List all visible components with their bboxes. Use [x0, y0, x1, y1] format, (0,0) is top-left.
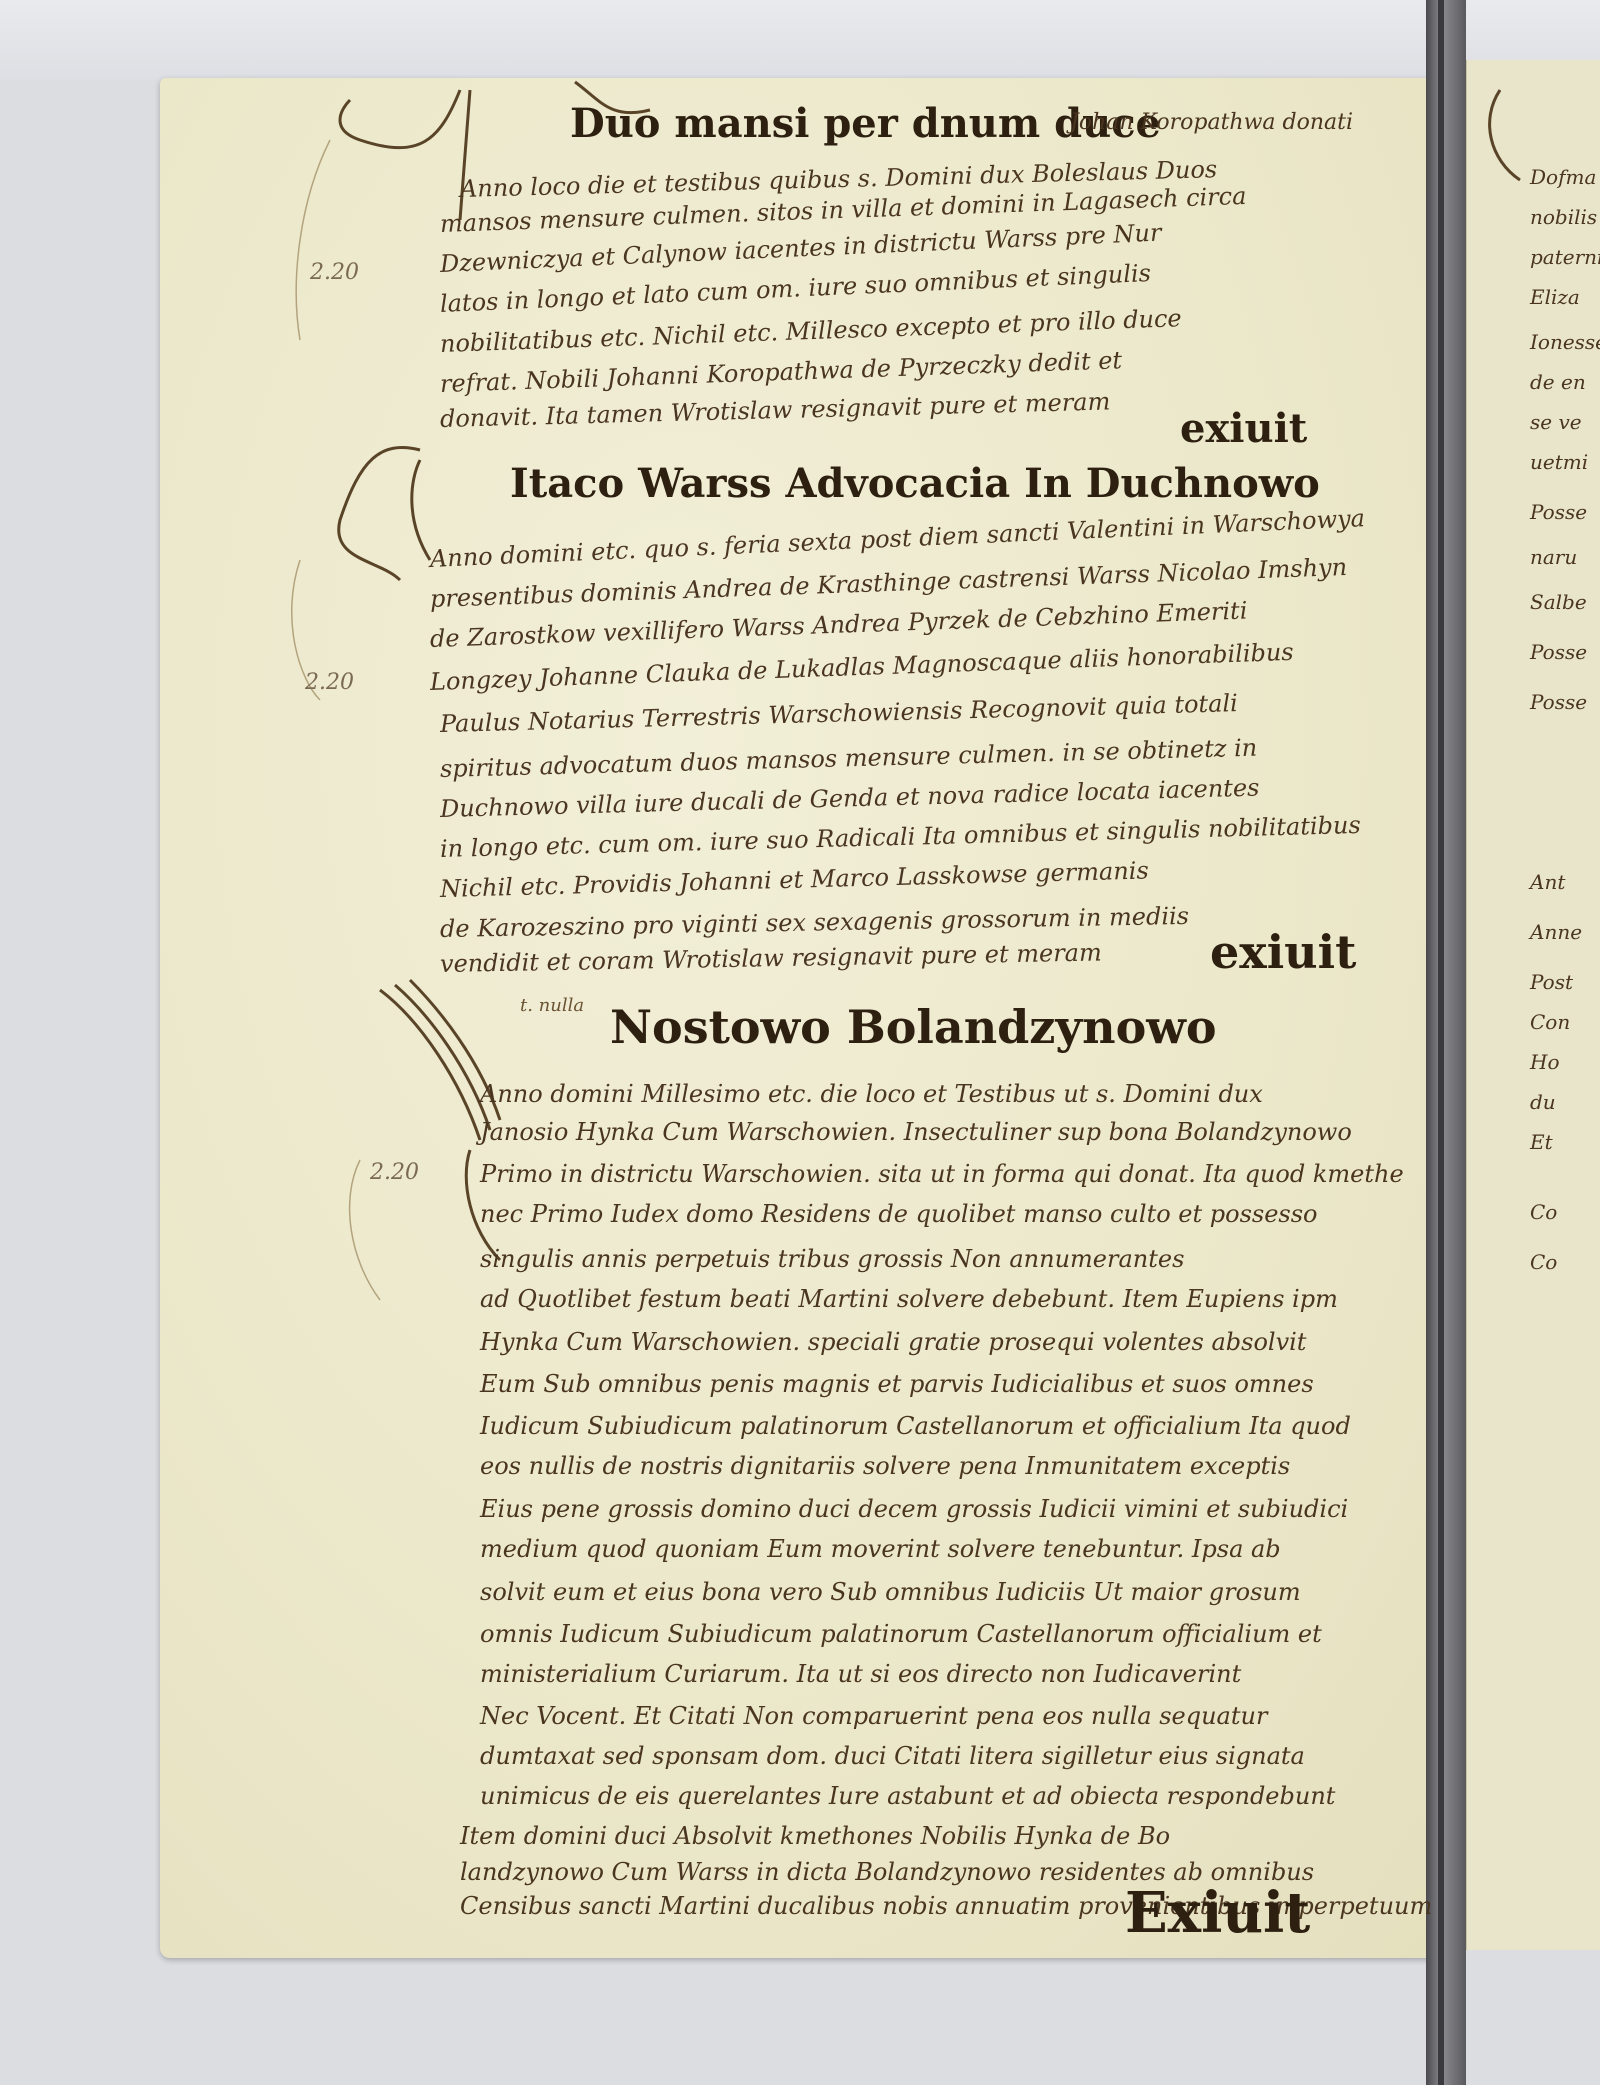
- facing-line: paterni: [1530, 245, 1600, 269]
- entry-2-margin-note: 2.20: [305, 670, 354, 695]
- entry-3-heading: Nostowo Bolandzynowo: [610, 1000, 1217, 1054]
- entry-3-line-10: eos nullis de nostris dignitariis solver…: [480, 1452, 1290, 1480]
- facing-line: Dofma: [1530, 165, 1596, 189]
- facing-line: Eliza: [1530, 285, 1580, 309]
- facing-line: Posse: [1530, 500, 1587, 524]
- entry-3-line-2: Janosio Hynka Cum Warschowien. Insectuli…: [480, 1118, 1352, 1146]
- facing-line: Anne: [1530, 920, 1582, 944]
- entry-3-prefix-note: t. nulla: [520, 995, 584, 1016]
- facing-line: se ve: [1530, 410, 1582, 434]
- entry-3-closing: Exiuit: [1125, 1880, 1310, 1946]
- entry-3-line-6: ad Quotlibet festum beati Martini solver…: [480, 1285, 1338, 1313]
- entry-3-line-7: Hynka Cum Warschowien. speciali gratie p…: [480, 1328, 1306, 1356]
- facing-line: Salbe: [1530, 590, 1587, 614]
- entry-2-heading: Itaco Warss Advocacia In Duchnowo: [510, 460, 1320, 507]
- facing-line: Ant: [1530, 870, 1565, 894]
- entry-3-line-19: Item domini duci Absolvit kmethones Nobi…: [460, 1822, 1170, 1850]
- entry-3-line-17: dumtaxat sed sponsam dom. duci Citati li…: [480, 1742, 1305, 1770]
- entry-2-closing: exiuit: [1210, 925, 1356, 979]
- facing-line: Ho: [1530, 1050, 1559, 1074]
- entry-1-closing: exiuit: [1180, 405, 1307, 452]
- facing-line: naru: [1530, 545, 1577, 569]
- entry-3-line-12: medium quod quoniam Eum moverint solvere…: [480, 1535, 1281, 1563]
- entry-3-line-18: unimicus de eis querelantes Iure astabun…: [480, 1782, 1335, 1810]
- facing-line: uetmi: [1530, 450, 1588, 474]
- entry-1-margin-note: 2.20: [310, 260, 359, 285]
- facing-line: Ionesse: [1530, 330, 1600, 354]
- entry-3-line-4: nec Primo Iudex domo Residens de quolibe…: [480, 1200, 1318, 1228]
- entry-3-line-5: singulis annis perpetuis tribus grossis …: [480, 1245, 1184, 1273]
- entry-3-line-9: Iudicum Subiudicum palatinorum Castellan…: [480, 1412, 1351, 1440]
- facing-line: Con: [1530, 1010, 1570, 1034]
- facing-line: Posse: [1530, 690, 1587, 714]
- facing-line: Co: [1530, 1250, 1557, 1274]
- entry-3-line-1: Anno domini Millesimo etc. die loco et T…: [480, 1080, 1263, 1108]
- facing-line: Posse: [1530, 640, 1587, 664]
- entry-3-line-13: solvit eum et eius bona vero Sub omnibus…: [480, 1578, 1301, 1606]
- entry-3-line-11: Eius pene grossis domino duci decem gros…: [480, 1495, 1348, 1523]
- facing-line: Et: [1530, 1130, 1553, 1154]
- facing-line: du: [1530, 1090, 1556, 1114]
- entry-3-line-8: Eum Sub omnibus penis magnis et parvis I…: [480, 1370, 1314, 1398]
- facing-line: Co: [1530, 1200, 1557, 1224]
- facing-line: de en: [1530, 370, 1586, 394]
- entry-3-line-3: Primo in districtu Warschowien. sita ut …: [480, 1160, 1404, 1188]
- entry-3-line-14: omnis Iudicum Subiudicum palatinorum Cas…: [480, 1620, 1322, 1648]
- facing-line: Post: [1530, 970, 1573, 994]
- entry-3-line-16: Nec Vocent. Et Citati Non comparuerint p…: [480, 1702, 1267, 1730]
- entry-3-margin-note: 2.20: [370, 1160, 419, 1185]
- entry-1-heading-tail: Johan Koropathwa donati: [1070, 110, 1353, 135]
- entry-3-line-15: ministerialium Curiarum. Ita ut si eos d…: [480, 1660, 1241, 1688]
- facing-line: nobilis: [1530, 205, 1597, 229]
